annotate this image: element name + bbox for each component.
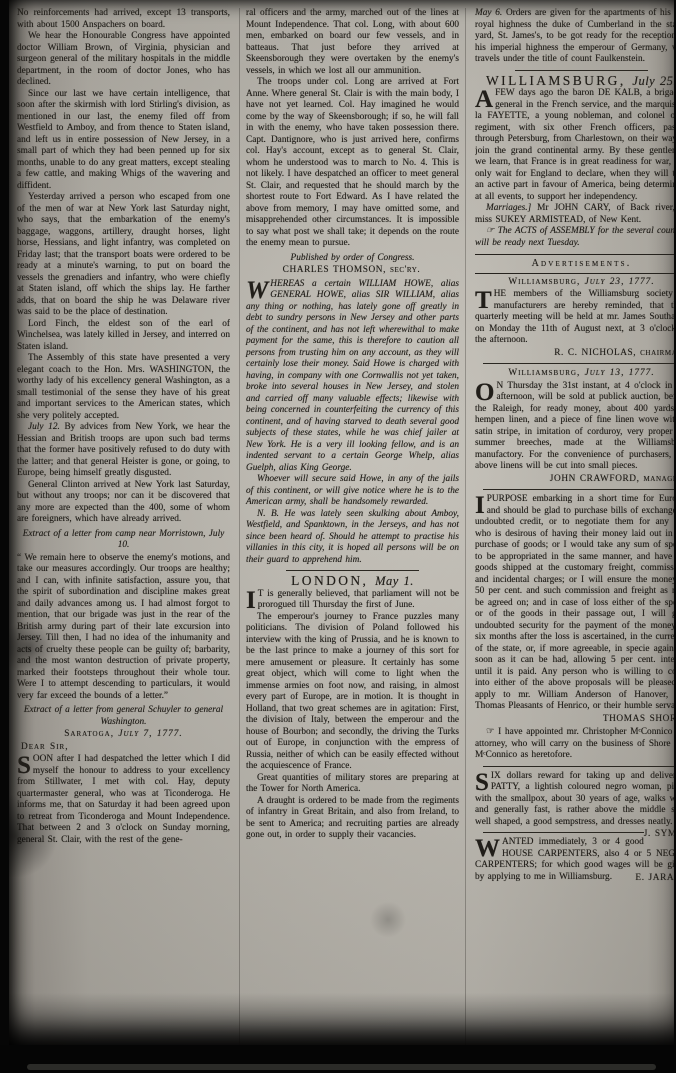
drop-cap: I <box>475 494 487 516</box>
wanted-carpenters-ad: WANTED immediately, 3 or 4 good HOUSE CA… <box>475 837 674 883</box>
paragraph: Whoever will secure said Howe, in any of… <box>246 474 459 509</box>
paragraph-text: N Thursday the 31st instant, at 4 o'cloc… <box>475 381 674 472</box>
section-rule <box>483 363 674 364</box>
paragraph-text: FEW days ago the baron DE KALB, a brigad… <box>475 88 674 202</box>
paragraph: “ We remain here to observe the enemy's … <box>17 553 230 703</box>
scan-edge-streak <box>27 1064 656 1070</box>
attorney-notice: ☞ I have appointed mr. Christopher MᶜCon… <box>475 727 674 762</box>
section-rule <box>483 489 674 490</box>
city-date: May 1. <box>375 574 414 588</box>
paragraph-text: HEREAS a certain WILLIAM HOWE, alias GEN… <box>246 279 459 473</box>
paragraph: Since our last we have certain intellige… <box>17 89 230 193</box>
paragraph: We hear the Honourable Congress have app… <box>17 31 230 89</box>
paragraph: SOON after I had despatched the letter w… <box>17 754 230 846</box>
letter-heading: Extract of a letter from camp near Morri… <box>17 529 230 552</box>
congress-order-line: Published by order of Congress. <box>246 253 459 265</box>
column-middle: ral officers and the army, marched out o… <box>239 8 466 1045</box>
section-rule <box>515 70 648 71</box>
advertisements-heading: Advertisements. <box>475 254 674 274</box>
paragraph-text: T is generally believed, that parliament… <box>258 589 459 611</box>
drop-cap: A <box>475 88 495 110</box>
city-date: July 25. <box>632 74 674 88</box>
section-rule <box>483 832 644 833</box>
page-bottom-shadow <box>0 1045 676 1073</box>
paragraph: THE members of the Williamsburg society … <box>475 289 674 347</box>
london-heading: LONDON, May 1. <box>246 575 459 588</box>
paragraph: Great quantities of military stores are … <box>246 773 459 796</box>
paragraph: The emperour's journey to France puzzles… <box>246 612 459 773</box>
paragraph: No reinforcements had arrived, except 13… <box>17 8 230 31</box>
paragraph: IT is generally believed, that parliamen… <box>246 589 459 612</box>
paragraph: July 12. By advices from New York, we he… <box>17 422 230 480</box>
drop-cap: T <box>475 289 494 311</box>
marriages-lead: Marriages.] <box>486 203 531 213</box>
marriages-notice: Marriages.] Mr JOHN CARY, of Back river,… <box>475 203 674 226</box>
paragraph: The troops under col. Long are arrived a… <box>246 77 459 250</box>
city-name: LONDON, <box>291 573 368 588</box>
runaway-reward-ad: SIX dollars reward for taking up and del… <box>475 771 674 829</box>
letter-heading: Extract of a letter from general Schuyle… <box>17 705 230 728</box>
dateline-date: July 23, 1777. <box>585 277 655 287</box>
signature: CHARLES THOMSON, sec'ry. <box>246 265 457 277</box>
paragraph: ral officers and the army, marched out o… <box>246 8 459 77</box>
column-left: No reinforcements had arrived, except 13… <box>17 8 230 1045</box>
signature: THOMAS SHORE. <box>475 714 674 726</box>
drop-cap: O <box>475 381 496 403</box>
signature: J. SYME. <box>644 829 674 841</box>
signature: E. JARAM. <box>635 873 674 885</box>
paragraph: Lord Finch, the eldest son of the earl o… <box>17 319 230 354</box>
dateline-lead: May 6. <box>475 8 502 18</box>
paragraph: ON Thursday the 31st instant, at 4 o'clo… <box>475 381 674 473</box>
dateline-place: Williamsburg, <box>508 277 584 287</box>
city-name: WILLIAMSBURG, <box>486 73 626 88</box>
paragraph: General Clinton arrived at New York last… <box>17 480 230 526</box>
newspaper-page: No reinforcements had arrived, except 13… <box>9 0 674 1045</box>
drop-cap: S <box>475 771 491 793</box>
columns: No reinforcements had arrived, except 13… <box>9 0 674 1045</box>
paragraph: N. B. He was lately seen skulking about … <box>246 509 459 567</box>
drop-cap: W <box>475 837 502 859</box>
paragraph-text: PURPOSE embarking in a short time for Eu… <box>475 494 674 711</box>
dateline: Saratoga, July 7, 1777. <box>17 729 230 741</box>
paragraph: AFEW days ago the baron DE KALB, a briga… <box>475 88 674 203</box>
drop-cap: I <box>246 589 258 611</box>
williamsburg-heading: WILLIAMSBURG, July 25. <box>475 75 674 88</box>
dateline-lead: July 12. <box>28 422 60 432</box>
paragraph-text: Orders are given for the apartments of h… <box>475 8 674 64</box>
paragraph-text: OON after I had despatched the letter wh… <box>17 754 230 845</box>
paragraph: IPURPOSE embarking in a short time for E… <box>475 494 674 713</box>
dateline-place: Saratoga, <box>64 729 118 739</box>
dateline-date: July 13, 1777. <box>585 368 655 378</box>
howe-notice: WHEREAS a certain WILLIAM HOWE, alias GE… <box>246 279 459 475</box>
paragraph-text: HE members of the Williamsburg society o… <box>475 289 674 345</box>
dateline-date: July 7, 1777. <box>118 729 182 739</box>
column-right: May 6. Orders are given for the apartmen… <box>475 8 674 1045</box>
drop-cap: S <box>17 754 33 776</box>
dateline: Williamsburg, July 23, 1777. <box>475 277 674 289</box>
paragraph: May 6. Orders are given for the apartmen… <box>475 8 674 66</box>
paragraph: Yesterday arrived a person who escaped f… <box>17 192 230 319</box>
acts-of-assembly-notice: ☞ The ACTS of ASSEMBLY for the several c… <box>475 226 674 249</box>
salutation: Dear Sir, <box>17 742 230 754</box>
section-rule <box>286 570 419 571</box>
paragraph: The Assembly of this state have presente… <box>17 353 230 422</box>
dateline: Williamsburg, July 13, 1777. <box>475 368 674 380</box>
drop-cap: W <box>246 279 270 301</box>
section-rule <box>483 766 674 767</box>
signature: JOHN CRAWFORD, manager. <box>475 474 674 486</box>
dateline-place: Williamsburg, <box>508 368 584 378</box>
signature: R. C. NICHOLAS, chairman. <box>475 348 674 360</box>
paragraph: A draught is ordered to be made from the… <box>246 796 459 842</box>
paragraph-text: IX dollars reward for taking up and deli… <box>475 771 674 827</box>
